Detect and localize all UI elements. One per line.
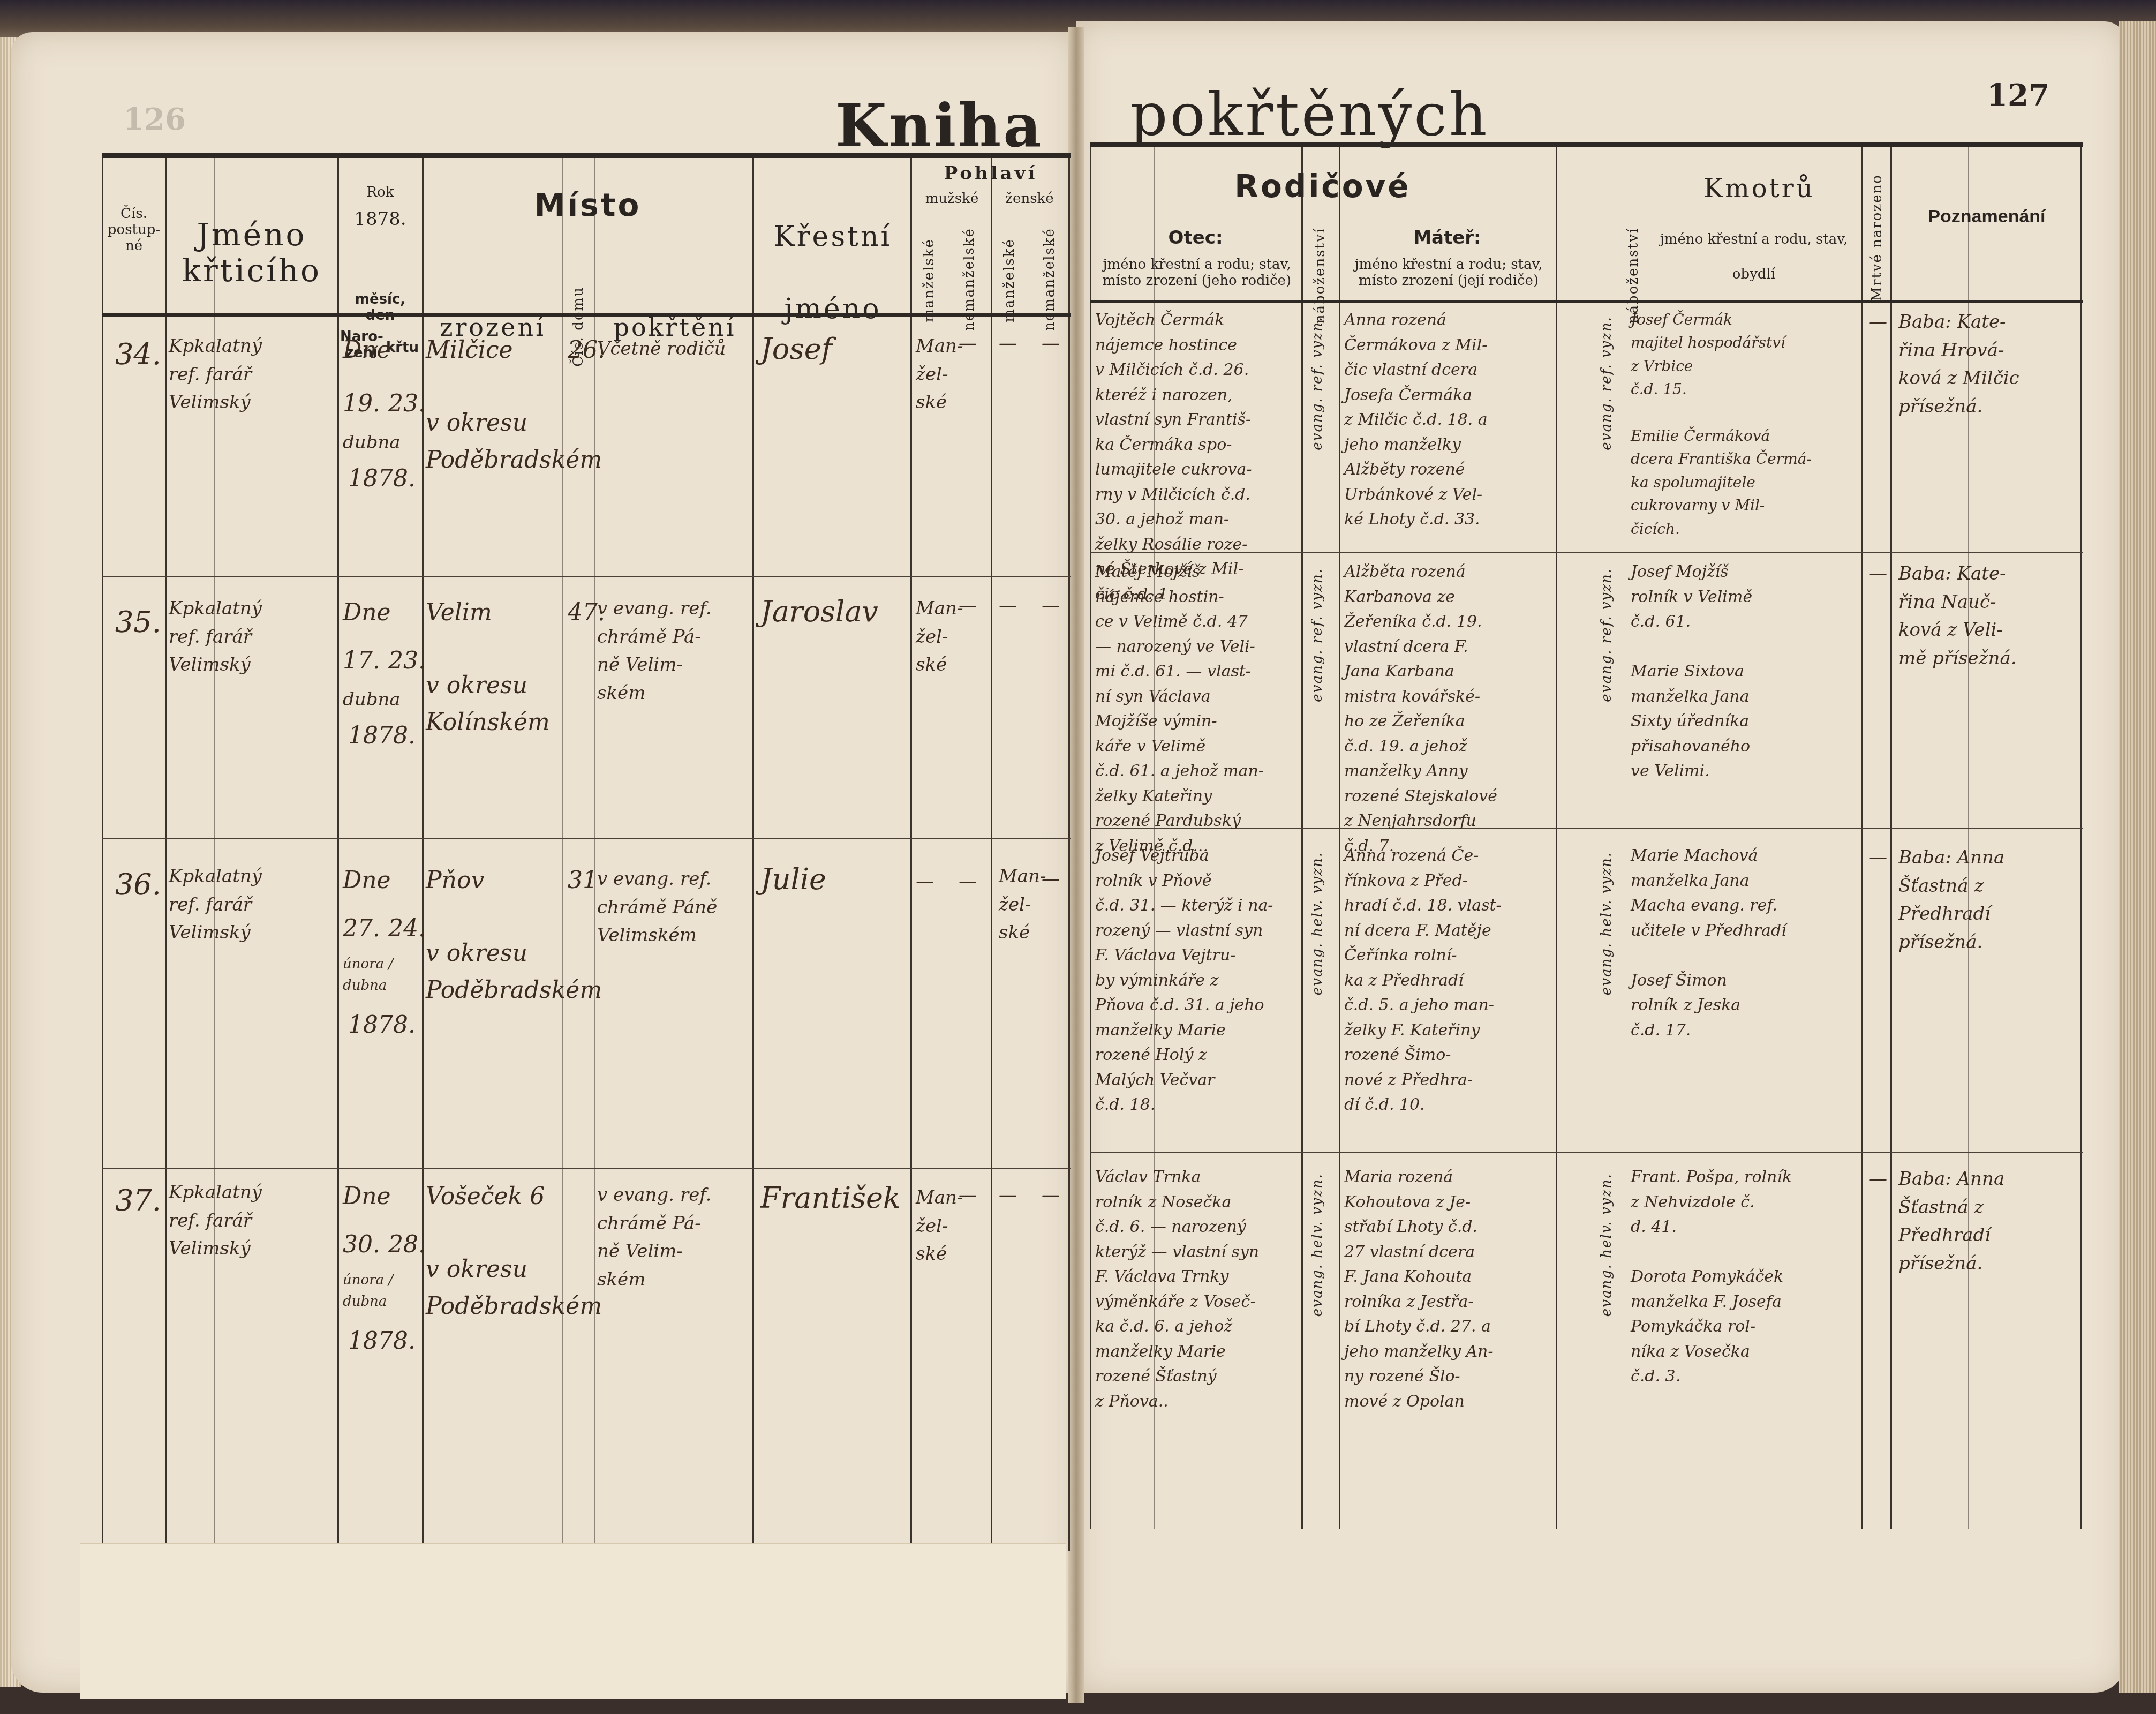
col-rule: [752, 158, 754, 1551]
header-number: Čís. postup- né: [107, 206, 161, 254]
header-female: ženské: [991, 191, 1068, 207]
entry-godparents: Frant. Pošpa, rolník z Nehvizdole č. d. …: [1631, 1165, 1823, 1389]
entry-mother: Anna rozená Če- řínkova z Před- hradí č.…: [1344, 844, 1537, 1118]
entry-female-legit: —: [999, 592, 1017, 620]
col-rule: [910, 158, 912, 1551]
entry-place-baptism: v evang. ref. chrámě Pá- ně Velim- ském: [597, 595, 752, 708]
entry-year: 1878.: [348, 1007, 416, 1043]
row-rule: [102, 838, 1071, 839]
header-bottom-rule: [1090, 300, 2083, 303]
entry-date-prefix: Dne: [343, 595, 391, 631]
entry-godparents: Josef Čermák majitel hospodářství z Vrbi…: [1631, 308, 1823, 540]
entry-notes: Baba: Kate- řina Hrová- ková z Milčic př…: [1898, 308, 2075, 421]
entry-female-illegit: —: [1042, 592, 1060, 620]
entry-father: Václav Trnka rolník z Nosečka č.d. 6. — …: [1095, 1165, 1283, 1414]
entry-year: 1878.: [348, 461, 416, 497]
entry-baptizer: Kpkalatný ref. farář Velimský: [169, 595, 292, 679]
entry-father: Josef Vejtruba rolník v Pňově č.d. 31. —…: [1095, 844, 1283, 1118]
row-rule: [102, 1168, 1071, 1169]
col-rule: [2080, 147, 2082, 1529]
pasted-paper-strip: [80, 1543, 1066, 1699]
entry-female-legit: —: [999, 1181, 1017, 1209]
col-rule: [1861, 147, 1863, 1529]
row-rule: [102, 576, 1071, 577]
col-rule: [1339, 147, 1340, 1529]
entry-christian-name: Julie: [760, 857, 826, 902]
entry-month: dubna: [343, 686, 401, 714]
col-rule: [102, 158, 103, 1551]
entry-place-baptism: Včetně rodičů: [597, 335, 752, 363]
header-sex-group: Pohlaví: [913, 163, 1068, 184]
entry-baptism-day: 23.: [388, 643, 426, 679]
entry-stillborn: —: [1869, 844, 1887, 872]
col-rule: [1068, 158, 1070, 1551]
entry-religion-father: evang. helv. vyzn.: [1309, 1173, 1325, 1317]
entry-religion-mother: evang. ref. vyzn.: [1599, 316, 1615, 450]
entry-mother: Alžběta rozená Karbanova ze Žeřeníka č.d…: [1344, 560, 1537, 859]
entry-place-birth: Velim v okresu Kolínském: [426, 595, 565, 741]
entry-male-legit: Man- žel- ské: [916, 1184, 963, 1268]
entry-year: 1878.: [348, 718, 416, 754]
col-rule: [1031, 158, 1031, 1551]
entry-month: února / dubna: [343, 1269, 428, 1313]
entry-godparents: Josef Mojžíš rolník v Velimě č.d. 61. Ma…: [1631, 560, 1823, 784]
entry-place-birth: Vošeček 6 v okresu Poděbradském: [426, 1178, 565, 1325]
header-christian-name: Křestní jméno: [755, 201, 910, 345]
entry-mother: Anna rozená Čermákova z Mil- čic vlastní…: [1344, 308, 1537, 532]
entry-notes: Baba: Anna Šťastná z Předhradí přísežná.: [1898, 1165, 2075, 1278]
col-rule: [1556, 147, 1557, 1529]
entry-baptizer: Kpkalatný ref. farář Velimský: [169, 862, 292, 947]
page-number-right: 127: [1987, 78, 2049, 113]
header-godparents-title: Kmotrů: [1652, 174, 1866, 204]
col-rule: [422, 158, 424, 1551]
entry-number: 37.: [115, 1178, 161, 1223]
entry-baptizer: Kpkalatný ref. farář Velimský: [169, 1178, 292, 1263]
header-year-value: 1878.: [340, 209, 420, 230]
col-rule: [1890, 147, 1892, 1529]
header-stillborn: Mrtvé narozeno: [1869, 174, 1885, 302]
entry-male-legit: Man- žel- ské: [916, 595, 963, 679]
entry-stillborn: —: [1869, 1165, 1887, 1193]
header-month-day: měsíc, den: [340, 292, 420, 324]
entry-month: dubna: [343, 428, 401, 457]
entry-religion-father: evang. helv. vyzn.: [1309, 852, 1325, 995]
header-year-label: Rok: [340, 185, 420, 201]
entry-stillborn: —: [1869, 560, 1887, 588]
header-legit-male: manželské: [921, 238, 937, 322]
entry-female-illegit: —: [1042, 329, 1060, 358]
col-rule: [337, 158, 339, 1551]
entry-religion-father: evang. ref. vyzn.: [1309, 568, 1325, 702]
entry-date-prefix: Dne: [343, 1178, 391, 1215]
entry-baptism-day: 24.: [388, 911, 426, 947]
header-place-group: Místo: [423, 187, 752, 223]
entry-place-baptism: v evang. ref. chrámě Páně Velimském: [597, 865, 752, 950]
entry-place-birth: Pňov v okresu Poděbradském: [426, 862, 565, 1009]
entry-mother: Maria rozená Kohoutova z Je- střabí Lhot…: [1344, 1165, 1537, 1414]
entry-notes: Baba: Anna Šťastná z Předhradí přísežná.: [1898, 844, 2075, 957]
row-rule: [1090, 1152, 2083, 1153]
entry-female-legit: —: [999, 329, 1017, 358]
entry-father: Matěj Mojžíš nájemce hostin- ce v Velimě…: [1095, 560, 1283, 859]
entry-date-prefix: Dne: [343, 862, 391, 899]
entry-month: února / dubna: [343, 953, 428, 997]
header-parents-group: Rodičové: [1090, 169, 1556, 205]
entry-religion-mother: evang. ref. vyzn.: [1599, 568, 1615, 702]
entry-baptism-day: 28.: [388, 1227, 426, 1263]
entry-female-legit: Man- žel- ské: [999, 862, 1046, 947]
entry-male-illegit: —: [959, 329, 977, 358]
entry-number: 35.: [115, 600, 161, 645]
col-rule: [165, 158, 167, 1551]
entry-notes: Baba: Kate- řina Nauč- ková z Veli- mě p…: [1898, 560, 2075, 673]
entry-religion-mother: evang. helv. vyzn.: [1599, 1173, 1615, 1317]
header-legit-female: manželské: [1001, 238, 1017, 322]
page-stack-right: [2119, 21, 2156, 1693]
entry-religion-father: evang. ref. vyzn.: [1309, 316, 1325, 450]
entry-birth-day: 17.: [343, 643, 380, 679]
page-number-left: 126: [123, 102, 186, 137]
entry-female-illegit: —: [1042, 865, 1060, 893]
entry-female-illegit: —: [1042, 1181, 1060, 1209]
header-mother-desc: jméno křestní a rodu; stav, místo zrozen…: [1347, 257, 1550, 289]
entry-year: 1878.: [348, 1323, 416, 1359]
entry-male-illegit: —: [959, 868, 977, 896]
entry-birth-day: 19.: [343, 386, 380, 422]
header-bottom-rule: [102, 313, 1071, 317]
col-rule: [1301, 147, 1303, 1529]
entry-religion-mother: evang. helv. vyzn.: [1599, 852, 1615, 995]
entry-christian-name: František: [760, 1176, 901, 1221]
header-notes: Poznamenání: [1893, 206, 2080, 227]
title-right: pokřtěných: [1130, 80, 1489, 149]
entry-stillborn: —: [1869, 308, 1887, 336]
entry-date-prefix: Dne: [343, 332, 391, 369]
entry-male-legit: Man- žel- ské: [916, 332, 963, 417]
header-father-desc: jméno křestní a rodu; stav, místo zrozen…: [1095, 257, 1299, 289]
entry-male-illegit: —: [959, 592, 977, 620]
header-baptizer: Jméno křticího: [169, 217, 335, 288]
col-rule: [1090, 147, 1091, 1529]
entry-baptism-day: 23.: [388, 386, 426, 422]
entry-house-number: 31: [568, 862, 598, 899]
header-father-title: Otec:: [1090, 228, 1301, 249]
entry-male-legit: —: [916, 868, 934, 896]
entry-baptizer: Kpkalatný ref. farář Velimský: [169, 332, 292, 417]
header-godparents-desc: jméno křestní a rodu, stav, obydlí: [1657, 222, 1850, 292]
title-left: Kniha: [835, 91, 1044, 160]
entry-birth-day: 30.: [343, 1227, 380, 1263]
entry-number: 34.: [115, 332, 161, 377]
entry-male-illegit: —: [959, 1181, 977, 1209]
entry-christian-name: Jaroslav: [760, 589, 878, 634]
header-male: mužské: [913, 191, 991, 207]
entry-place-baptism: v evang. ref. chrámě Pá- ně Velim- ském: [597, 1181, 752, 1294]
entry-number: 36.: [115, 862, 161, 907]
header-mother-title: Máteř:: [1341, 228, 1553, 249]
entry-birth-day: 27.: [343, 911, 380, 947]
entry-place-birth: Milčice v okresu Poděbradském: [426, 332, 565, 478]
entry-godparents: Marie Machová manželka Jana Machа evang.…: [1631, 844, 1823, 1043]
entry-christian-name: Josef: [760, 327, 832, 372]
header-religion-father: náboženství: [1312, 228, 1328, 324]
col-rule: [991, 158, 992, 1551]
